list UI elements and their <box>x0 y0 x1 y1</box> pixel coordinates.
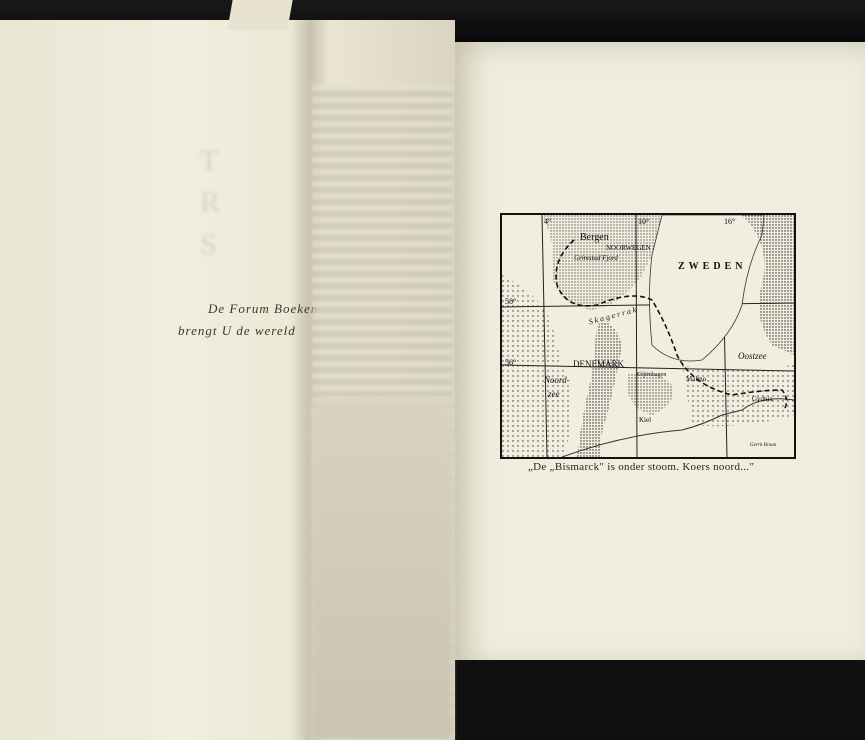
map-caption: „De „Bismarck" is onder stoom. Koers noo… <box>528 461 754 473</box>
sea-label-oostzee: Oostzee <box>738 351 767 361</box>
table-shadow <box>448 660 865 740</box>
city-label-kiel: Kiel <box>639 416 651 424</box>
map-credit: Gerrit Braun <box>750 443 776 448</box>
faint-show-through-title: T R S <box>200 140 234 266</box>
faint-letter: R <box>200 182 234 224</box>
country-label-zweden: ZWEDEN <box>678 261 746 272</box>
text-line: De Forum Boeken <box>178 298 318 320</box>
longitude-label: 16° <box>724 217 735 226</box>
fjord-label: Grimstad Fjord <box>574 254 618 262</box>
faint-letter: T <box>200 140 234 182</box>
left-page-text: De Forum Boeken brengt U de wereld <box>178 298 318 342</box>
country-label-denemark: DENEMARK <box>573 359 624 369</box>
city-label-kopenhagen: Kopenhagen <box>636 372 666 378</box>
latitude-label: 58° <box>505 297 516 306</box>
country-label-noorwegen: NOORWEGEN <box>606 244 651 252</box>
faint-letter: S <box>200 224 234 266</box>
motion-blurred-page-lower <box>312 400 452 740</box>
city-label-bergen: Bergen <box>580 232 609 243</box>
latitude-label: 56° <box>505 358 516 367</box>
sea-label-noordzee: Noord- <box>544 375 570 385</box>
map-figure: 4° 10° 16° 58° 56° Bergen NOORWEGEN Grim… <box>500 213 796 459</box>
city-label-malmo: Malmo <box>686 375 706 383</box>
page-corner <box>227 0 292 30</box>
longitude-label: 4° <box>544 217 551 226</box>
sea-label-noordzee-2: zee <box>548 389 560 399</box>
text-line: brengt U de wereld <box>178 320 318 342</box>
city-label-gdynia: Gydnia <box>752 395 773 403</box>
longitude-label: 10° <box>638 217 649 226</box>
